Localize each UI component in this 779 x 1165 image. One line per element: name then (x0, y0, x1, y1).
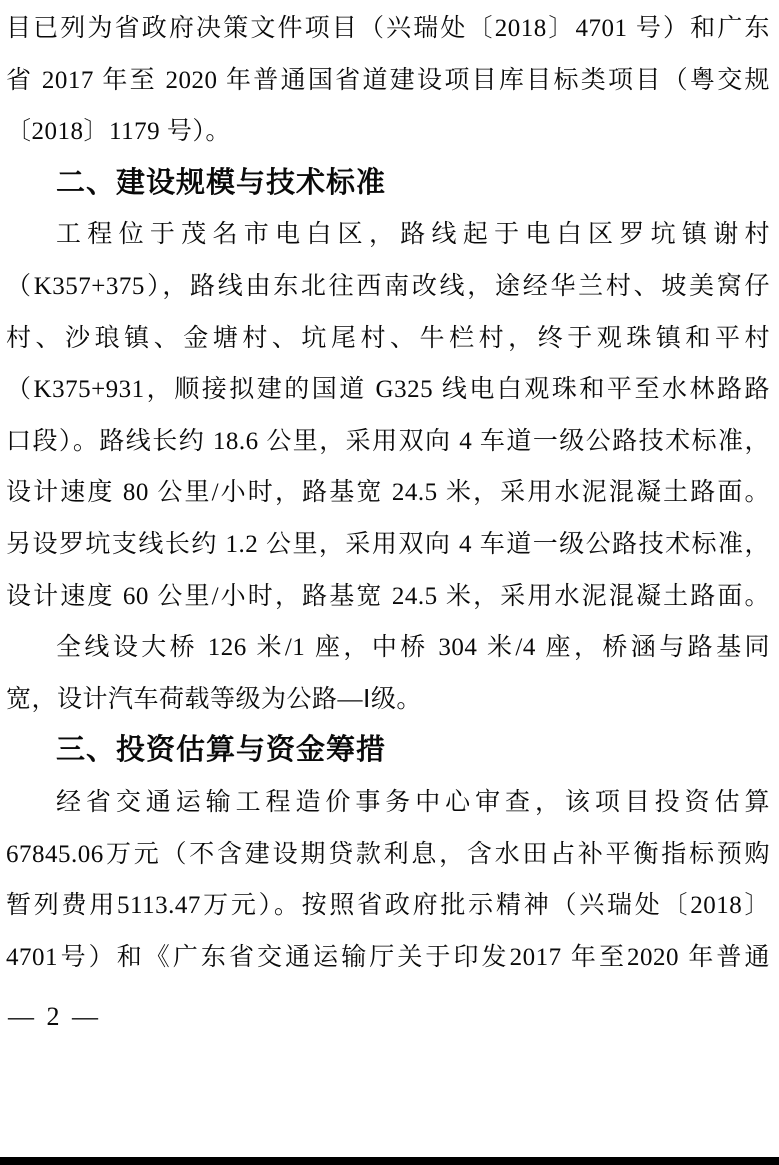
text-line: 经省交通运输工程造价事务中心审查，该项目投资估算 (6, 777, 770, 829)
text-line: 目已列为省政府决策文件项目（兴瑞处〔2018〕4701 号）和广东 (6, 3, 770, 55)
text-line: 工程位于茂名市电白区，路线起于电白区罗坑镇谢村 (6, 209, 770, 261)
text-line: 另设罗坑支线长约 1.2 公里，采用双向 4 车道一级公路技术标准， (6, 519, 770, 571)
text-line: 口段）。路线长约 18.6 公里，采用双向 4 车道一级公路技术标准， (6, 416, 770, 468)
text-line: 67845.06万元（不含建设期贷款利息，含水田占补平衡指标预购 (6, 829, 770, 881)
section-heading: 三、投资估算与资金筹措 (6, 725, 770, 777)
page-number: — 2 — (8, 996, 101, 1038)
section-heading: 二、建设规模与技术标准 (6, 158, 770, 210)
text-line: 暂列费用5113.47万元）。按照省政府批示精神（兴瑞处〔2018〕 (6, 880, 770, 932)
document-page: 目已列为省政府决策文件项目（兴瑞处〔2018〕4701 号）和广东省 2017 … (0, 0, 779, 1165)
text-line: 设计速度 60 公里/小时，路基宽 24.5 米，采用水泥混凝土路面。 (6, 571, 770, 623)
text-line: 4701号）和《广东省交通运输厅关于印发2017 年至2020 年普通 (6, 932, 770, 984)
document-body: 目已列为省政府决策文件项目（兴瑞处〔2018〕4701 号）和广东省 2017 … (6, 3, 770, 983)
bottom-border-bar (0, 1157, 779, 1165)
text-line: 村、沙琅镇、金塘村、坑尾村、牛栏村，终于观珠镇和平村 (6, 313, 770, 365)
text-line: 〔2018〕1179 号）。 (6, 106, 770, 158)
text-line: （K357+375），路线由东北往西南改线，途经华兰村、坡美窝仔 (6, 261, 770, 313)
text-line: 设计速度 80 公里/小时，路基宽 24.5 米，采用水泥混凝土路面。 (6, 467, 770, 519)
text-line: 省 2017 年至 2020 年普通国省道建设项目库目标类项目（粤交规 (6, 55, 770, 107)
text-line: （K375+931，顺接拟建的国道 G325 线电白观珠和平至水林路路 (6, 364, 770, 416)
text-line: 全线设大桥 126 米/1 座，中桥 304 米/4 座，桥涵与路基同 (6, 622, 770, 674)
text-line: 宽，设计汽车荷载等级为公路—Ⅰ级。 (6, 674, 770, 726)
